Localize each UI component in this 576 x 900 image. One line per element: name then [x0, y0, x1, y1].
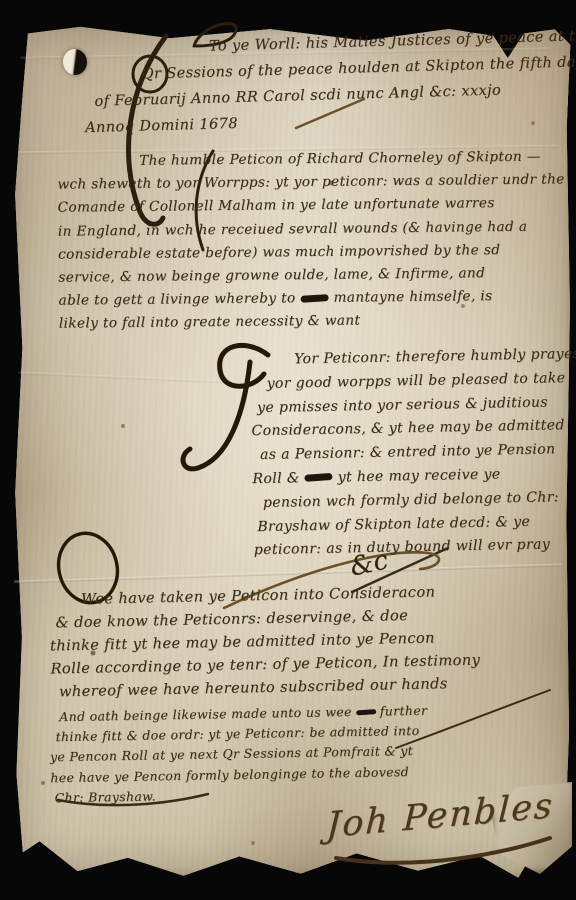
ink-blot	[300, 294, 328, 303]
manuscript-photo: To ye Worll: his Maties Justices of ye p…	[0, 0, 576, 900]
line-segment: further	[380, 703, 428, 719]
petition-paragraph: The humble Peticon of Richard Chorneley …	[57, 145, 566, 336]
line-segment: mantayne himselfe, is	[334, 288, 493, 306]
line-segment: And oath beinge likewise made unto us we…	[59, 704, 352, 724]
line-segment: able to gett a livinge whereby to	[59, 290, 296, 308]
order-paragraph: And oath beinge likewise made unto us we…	[49, 701, 429, 809]
prayer-paragraph: Yor Peticonr: therefore humbly prayes yo…	[250, 343, 576, 563]
ink-blot	[356, 709, 376, 715]
heading-block: To ye Worll: his Maties Justices of ye p…	[83, 23, 576, 141]
response-paragraph: Wee have taken ye Peticon into Considera…	[49, 580, 481, 704]
foxing-specks	[0, 0, 2, 2]
line-segment: Roll &	[252, 470, 300, 487]
line-segment: yt hee may receive ye	[338, 466, 501, 485]
ink-blot	[304, 473, 332, 482]
